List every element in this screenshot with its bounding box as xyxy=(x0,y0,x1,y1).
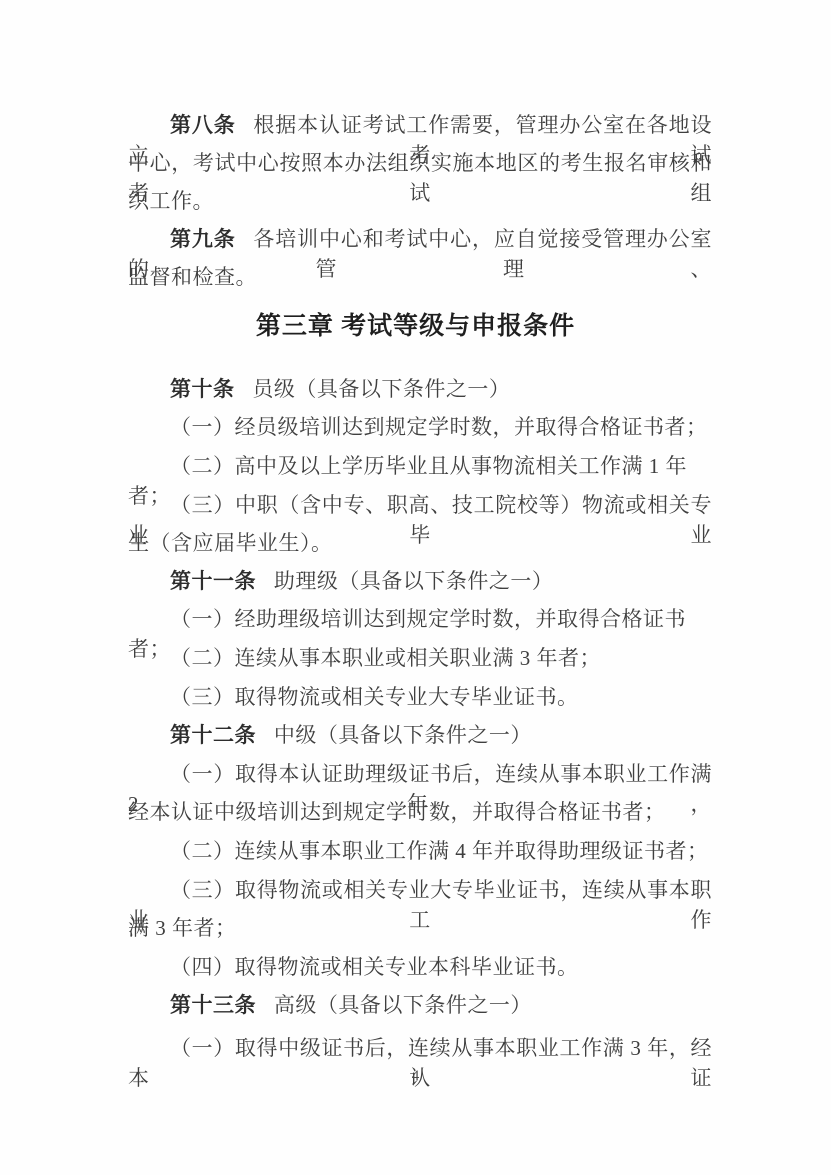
article-number: 第十条 xyxy=(170,377,235,401)
line-text: 员级（具备以下条件之一） xyxy=(252,377,510,401)
paragraph-line: 第十条员级（具备以下条件之一） xyxy=(128,374,712,404)
line-text: （一）经员级培训达到规定学时数，并取得合格证书者； xyxy=(170,415,708,439)
document-page: 第八条根据本认证考试工作需要，管理办公室在各地设立考试 中心，考试中心按照本办法… xyxy=(0,0,831,1175)
article-number: 第十一条 xyxy=(170,569,256,593)
paragraph-line: 经本认证中级培训达到规定学时数，并取得合格证书者； xyxy=(128,797,712,827)
paragraph-line: （二）连续从事本职业工作满 4 年并取得助理级证书者； xyxy=(128,836,712,866)
line-text: 助理级（具备以下条件之一） xyxy=(274,569,554,593)
article-number: 第八条 xyxy=(170,113,236,137)
article-number: 第九条 xyxy=(170,227,236,251)
chapter-heading: 第三章 考试等级与申报条件 xyxy=(0,306,831,342)
line-text: （四）取得物流或相关专业本科毕业证书。 xyxy=(170,955,579,979)
line-text: 中级（具备以下条件之一） xyxy=(274,723,532,747)
paragraph-line: （四）取得物流或相关专业本科毕业证书。 xyxy=(128,952,712,982)
line-text: （二）连续从事本职业或相关职业满 3 年者； xyxy=(170,646,601,670)
paragraph-line: 第十二条中级（具备以下条件之一） xyxy=(128,720,712,750)
line-text: （三）取得物流或相关专业大专毕业证书。 xyxy=(170,685,579,709)
paragraph-line: （二）连续从事本职业或相关职业满 3 年者； xyxy=(128,643,712,673)
line-text: 经本认证中级培训达到规定学时数，并取得合格证书者； xyxy=(128,800,666,824)
line-text: 高级（具备以下条件之一） xyxy=(274,993,532,1017)
paragraph-line: 生（含应届毕业生）。 xyxy=(128,528,712,558)
line-text: （二）连续从事本职业工作满 4 年并取得助理级证书者； xyxy=(170,839,709,863)
line-text: 监督和检查。 xyxy=(128,265,257,289)
paragraph-line: 监督和检查。 xyxy=(128,262,712,292)
article-number: 第十三条 xyxy=(170,993,256,1017)
paragraph-line: 织工作。 xyxy=(128,186,712,216)
article-number: 第十二条 xyxy=(170,723,256,747)
paragraph-line: 第十三条高级（具备以下条件之一） xyxy=(128,990,712,1020)
line-text: 生（含应届毕业生）。 xyxy=(128,531,333,555)
paragraph-line: （三）取得物流或相关专业大专毕业证书。 xyxy=(128,682,712,712)
page-number: 4 xyxy=(0,1068,831,1085)
paragraph-line: （一）经员级培训达到规定学时数，并取得合格证书者； xyxy=(128,412,712,442)
paragraph-line: 第十一条助理级（具备以下条件之一） xyxy=(128,566,712,596)
paragraph-line: 满 3 年者； xyxy=(128,913,712,943)
line-text: 织工作。 xyxy=(128,189,214,213)
line-text: 满 3 年者； xyxy=(128,916,237,940)
